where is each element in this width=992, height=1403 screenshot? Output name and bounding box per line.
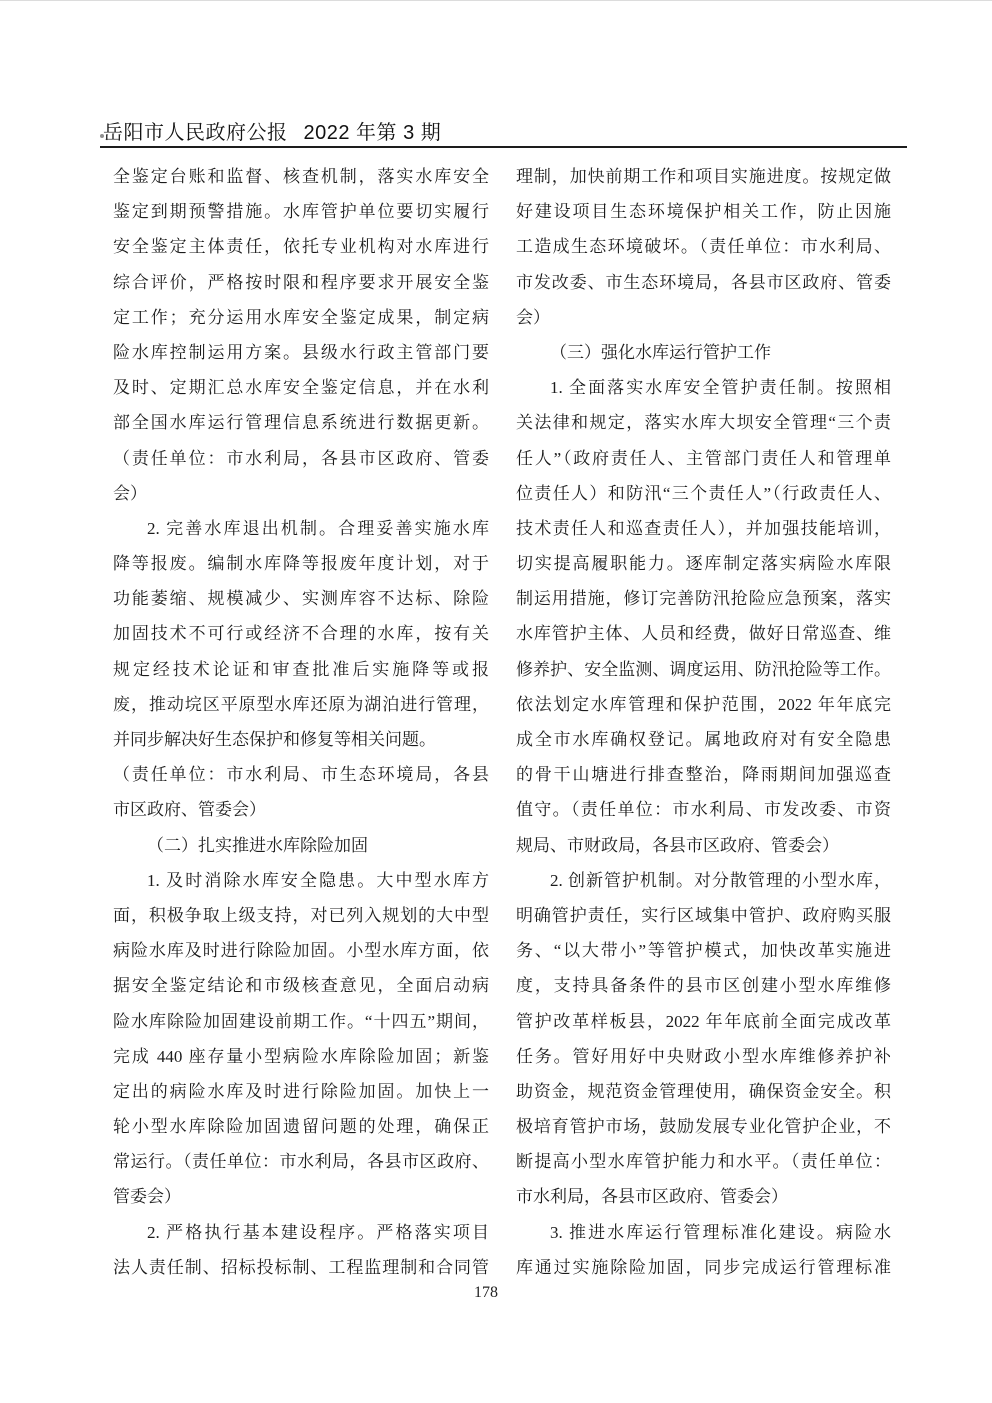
text-line: 险水库除险加固建设前期工作。“十四五”期间， — [113, 1004, 489, 1039]
text-line: 1. 及时消除水库安全隐患。大中型水库方 — [113, 863, 489, 898]
text-line: 轮小型水库除险加固遗留问题的处理，确保正 — [113, 1109, 489, 1144]
text-line: 的骨干山塘进行排查整治，降雨期间加强巡查 — [516, 757, 891, 792]
gazette-page: { "header": { "title": "岳阳市人民政府公报", "iss… — [0, 0, 992, 1403]
text-line: 明确管护责任，实行区域集中管护、政府购买服 — [516, 898, 891, 933]
text-line: （三）强化水库运行管护工作 — [516, 335, 891, 370]
text-line: 切实提高履职能力。逐库制定落实病险水库限 — [516, 546, 891, 581]
text-line: 理制，加快前期工作和项目实施进度。按规定做 — [516, 159, 891, 194]
page-top-edge-artifact — [0, 0, 992, 1]
text-line: 法人责任制、招标投标制、工程监理制和合同管 — [113, 1250, 489, 1285]
text-line: 面，积极争取上级支持，对已列入规划的大中型 — [113, 898, 489, 933]
text-line: 及时、定期汇总水库安全鉴定信息，并在水利 — [113, 370, 489, 405]
text-line: 成全市水库确权登记。属地政府对有安全隐患 — [516, 722, 891, 757]
text-line: 定出的病险水库及时进行除险加固。加快上一 — [113, 1074, 489, 1109]
text-line: 水库管护主体、人员和经费，做好日常巡查、维 — [516, 616, 891, 651]
text-line: 市区政府、管委会） — [113, 792, 489, 827]
text-line: 好建设项目生态环境保护相关工作，防止因施 — [516, 194, 891, 229]
text-line: （二）扎实推进水库除险加固 — [113, 828, 489, 863]
text-line: （责任单位：市水利局，各县市区政府、管委 — [113, 441, 489, 476]
text-line: 综合评价，严格按时限和程序要求开展安全鉴 — [113, 265, 489, 300]
text-line: 任务。管好用好中央财政小型水库维修养护补 — [516, 1039, 891, 1074]
gazette-title: 岳阳市人民政府公报 — [103, 122, 288, 144]
text-line: 2. 创新管护机制。对分散管理的小型水库， — [516, 863, 891, 898]
text-line: 市发改委、市生态环境局，各县市区政府、管委 — [516, 265, 891, 300]
text-line: 常运行。（责任单位：市水利局，各县市区政府、 — [113, 1144, 489, 1179]
text-line: 依法划定水库管理和保护范围，2022 年年底完 — [516, 687, 891, 722]
text-line: 完成 440 座存量小型病险水库除险加固；新鉴 — [113, 1039, 489, 1074]
issue-label: 2022 年第 3 期 — [304, 122, 442, 144]
text-line: 加固技术不可行或经济不合理的水库，按有关 — [113, 616, 489, 651]
text-line: 会） — [516, 300, 891, 335]
text-line: 修养护、安全监测、调度运用、防汛抢险等工作。 — [516, 652, 891, 687]
ink-speck-artifact — [100, 134, 104, 138]
right-text-column: 理制，加快前期工作和项目实施进度。按规定做好建设项目生态环境保护相关工作，防止因… — [516, 159, 891, 1285]
text-line: 功能萎缩、规模减少、实测库容不达标、除险 — [113, 581, 489, 616]
text-line: 位责任人）和防汛“三个责任人”（行政责任人、 — [516, 476, 891, 511]
text-line: 规局、市财政局，各县市区政府、管委会） — [516, 828, 891, 863]
text-line: 废，推动垸区平原型水库还原为湖泊进行管理， — [113, 687, 489, 722]
text-line: 度，支持具备条件的县市区创建小型水库维修 — [516, 968, 891, 1003]
text-line: 市水利局，各县市区政府、管委会） — [516, 1179, 891, 1214]
text-line: 任人”（政府责任人、主管部门责任人和管理单 — [516, 441, 891, 476]
text-line: 安全鉴定主体责任，依托专业机构对水库进行 — [113, 229, 489, 264]
text-line: 技术责任人和巡查责任人），并加强技能培训， — [516, 511, 891, 546]
text-line: 并同步解决好生态保护和修复等相关问题。 — [113, 722, 489, 757]
text-line: 规定经技术论证和审查批准后实施降等或报 — [113, 652, 489, 687]
text-line: 险水库控制运用方案。县级水行政主管部门要 — [113, 335, 489, 370]
text-line: 部全国水库运行管理信息系统进行数据更新。 — [113, 405, 489, 440]
text-line: 降等报废。编制水库降等报废年度计划，对于 — [113, 546, 489, 581]
left-text-column: 全鉴定台账和监督、核查机制，落实水库安全鉴定到期预警措施。水库管护单位要切实履行… — [113, 159, 489, 1285]
text-line: 库通过实施除险加固，同步完成运行管理标准 — [516, 1250, 891, 1285]
text-line: 助资金，规范资金管理使用，确保资金安全。积 — [516, 1074, 891, 1109]
text-line: 3. 推进水库运行管理标准化建设。病险水 — [516, 1215, 891, 1250]
text-line: 关法律和规定，落实水库大坝安全管理“三个责 — [516, 405, 891, 440]
text-line: 2. 完善水库退出机制。合理妥善实施水库 — [113, 511, 489, 546]
text-line: 全鉴定台账和监督、核查机制，落实水库安全 — [113, 159, 489, 194]
text-line: 1. 全面落实水库安全管护责任制。按照相 — [516, 370, 891, 405]
text-line: 定工作；充分运用水库安全鉴定成果，制定病 — [113, 300, 489, 335]
text-line: 会） — [113, 476, 489, 511]
page-number: 178 — [446, 1284, 526, 1302]
text-line: 工造成生态环境破坏。（责任单位：市水利局、 — [516, 229, 891, 264]
text-line: 务、“以大带小”等管护模式，加快改革实施进 — [516, 933, 891, 968]
text-line: 值守。（责任单位：市水利局、市发改委、市资 — [516, 792, 891, 827]
text-line: 制运用措施，修订完善防汛抢险应急预案，落实 — [516, 581, 891, 616]
text-line: 2. 严格执行基本建设程序。严格落实项目 — [113, 1215, 489, 1250]
header-rule — [100, 146, 907, 148]
text-line: 极培育管护市场，鼓励发展专业化管护企业，不 — [516, 1109, 891, 1144]
page-header: 岳阳市人民政府公报2022 年第 3 期 — [103, 116, 441, 145]
text-line: 病险水库及时进行除险加固。小型水库方面，依 — [113, 933, 489, 968]
text-line: 鉴定到期预警措施。水库管护单位要切实履行 — [113, 194, 489, 229]
text-line: 管护改革样板县，2022 年年底前全面完成改革 — [516, 1004, 891, 1039]
text-line: 据安全鉴定结论和市级核查意见，全面启动病 — [113, 968, 489, 1003]
text-line: （责任单位：市水利局、市生态环境局，各县 — [113, 757, 489, 792]
text-line: 管委会） — [113, 1179, 489, 1214]
text-line: 断提高小型水库管护能力和水平。（责任单位： — [516, 1144, 891, 1179]
